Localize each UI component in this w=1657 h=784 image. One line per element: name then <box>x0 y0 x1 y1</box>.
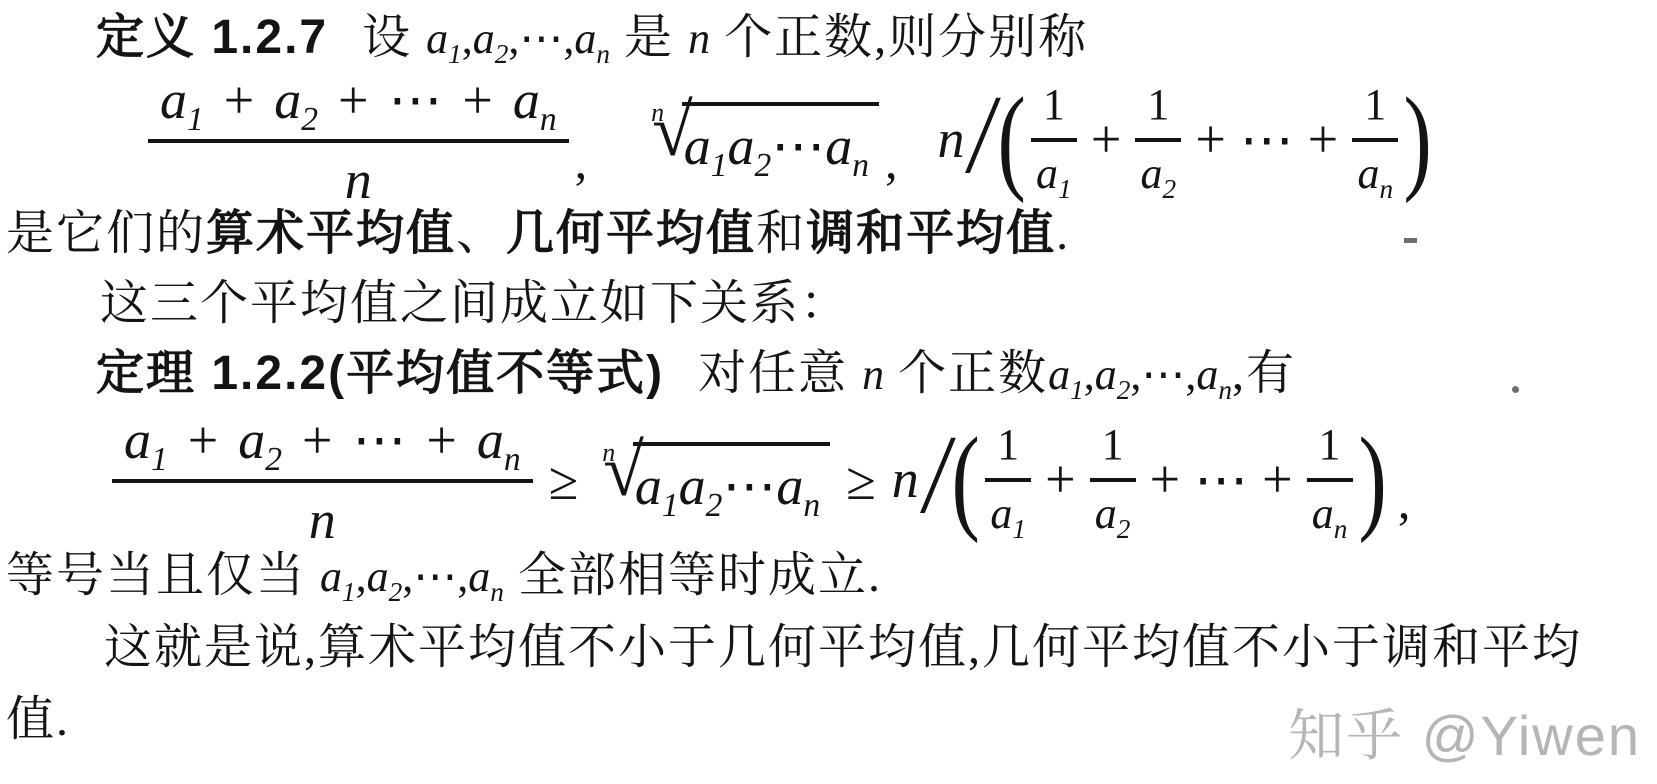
math-token: a <box>124 410 151 470</box>
math-token: a <box>825 116 852 176</box>
am-denominator: n <box>309 483 336 551</box>
harmonic-mean-expression: n / ( 1a1 + 1a2 + ⋯ + 1an ) <box>892 419 1392 539</box>
harmonic-mean-expression: n / ( 1a1 + 1a2 + ⋯ + 1an ) <box>937 79 1437 199</box>
math-token: a <box>320 552 342 601</box>
math-subscript: n <box>540 100 557 137</box>
math-token: , <box>356 552 367 601</box>
math-subscript: n <box>1334 514 1348 544</box>
plus-sign: + <box>1195 108 1225 170</box>
relation-intro-line: 这三个平均值之间成立如下关系： <box>100 276 850 331</box>
math-subscript: 1 <box>1058 174 1072 204</box>
math-token: a <box>679 456 706 516</box>
radicand: a1a2⋯an <box>682 102 879 177</box>
plus-sign: + <box>1091 108 1121 170</box>
equality-post-text: 全部相等时成立. <box>504 549 882 602</box>
math-token: a <box>1196 350 1218 399</box>
geometric-mean-root: n√a1a2⋯an <box>651 102 879 177</box>
period: . <box>1056 207 1070 260</box>
fraction-numerator: 1 <box>985 419 1031 482</box>
fraction-denominator: a2 <box>1095 482 1131 539</box>
math-token: a <box>473 14 495 63</box>
math-subscript: 1 <box>151 440 168 477</box>
textbook-page: 定义 1.2.7设 a1,a2,⋯,an 是 n 个正数,则分别称 a1+a2+… <box>0 0 1657 784</box>
math-sequence-a1-an: a1,a2,⋯,an <box>320 552 504 601</box>
math-token: , <box>1084 350 1095 399</box>
fraction-denominator: an <box>1357 142 1393 199</box>
math-subscript: 1 <box>711 146 728 183</box>
math-subscript: 1 <box>662 486 679 523</box>
math-token: a <box>990 489 1012 538</box>
conclusion-line-1: 这就是说,算术平均值不小于几何平均值,几何平均值不小于调和平均 <box>104 620 1582 675</box>
math-subscript: n <box>1218 375 1232 405</box>
arithmetic-mean-term: 算术平均值 <box>206 207 456 260</box>
math-token: , <box>462 14 473 63</box>
math-token: a <box>574 14 596 63</box>
fraction-numerator: 1 <box>1307 419 1353 482</box>
reciprocal-fraction: 1an <box>1307 419 1353 539</box>
big-slash: / <box>970 79 995 191</box>
math-token: , <box>508 14 519 63</box>
math-subscript: 1 <box>1012 514 1026 544</box>
math-token: a <box>1141 149 1163 198</box>
pause-mark: 、 <box>456 207 506 260</box>
root-index: n <box>602 438 615 468</box>
math-token: a <box>1095 350 1117 399</box>
definition-mid-text: 是 <box>610 11 688 64</box>
math-subscript: 1 <box>342 577 356 607</box>
definition-pre-text: 设 <box>362 11 426 64</box>
math-token: ⋯ <box>352 410 406 470</box>
math-n: n <box>688 14 710 63</box>
math-token: ⋯ <box>1240 108 1294 171</box>
math-token: , <box>457 552 468 601</box>
greater-equal-sign: ≥ <box>846 450 876 512</box>
three-means-formula: a1+a2+⋯+an n , n√a1a2⋯an , n / ( 1a1 + 1… <box>148 72 1438 206</box>
math-token: a <box>367 552 389 601</box>
plus-sign: + <box>426 410 456 470</box>
math-subscript: n <box>803 486 820 523</box>
reciprocal-fraction: 1a2 <box>1135 79 1181 199</box>
left-paren: ( <box>997 80 1025 198</box>
math-token: a <box>1095 489 1117 538</box>
math-subscript: n <box>596 39 610 69</box>
fraction-numerator: 1 <box>1352 79 1398 142</box>
math-token: ⋯ <box>771 116 825 176</box>
math-n: n <box>862 350 884 399</box>
fraction-denominator: a1 <box>1036 142 1072 199</box>
math-subscript: 2 <box>1117 514 1131 544</box>
am-numerator: a1+a2+⋯+an <box>148 68 569 143</box>
math-token: ⋯ <box>413 552 457 601</box>
geometric-mean-term: 几何平均值 <box>506 207 756 260</box>
mean-inequality-formula: a1+a2+⋯+an n ≥ n√a1a2⋯an ≥ n / ( 1a1 + 1… <box>112 412 1410 546</box>
theorem-mid-text: 个正数 <box>884 347 1048 400</box>
arithmetic-mean-fraction: a1+a2+⋯+an n <box>112 408 533 551</box>
math-token: a <box>1048 350 1070 399</box>
means-pre-text: 是它们的 <box>6 207 206 260</box>
math-token: ⋯ <box>388 70 442 130</box>
math-subscript: 2 <box>1117 375 1131 405</box>
theorem-label: 定理 1.2.2(平均值不等式) <box>96 347 664 400</box>
math-token: , <box>1130 350 1141 399</box>
math-sequence-a1-an: a1,a2,⋯,an <box>1048 350 1232 399</box>
separator-comma: , <box>1398 472 1411 530</box>
theorem-line: 定理 1.2.2(平均值不等式)对任意 n 个正数a1,a2,⋯,an,有 <box>96 346 1296 401</box>
math-token: a <box>776 456 803 516</box>
right-paren: ) <box>1358 420 1386 538</box>
math-subscript: n <box>1379 174 1393 204</box>
math-subscript: 2 <box>265 440 282 477</box>
and-word: 和 <box>756 207 806 260</box>
big-slash: / <box>924 419 949 531</box>
plus-sign: + <box>302 410 332 470</box>
math-token: , <box>402 552 413 601</box>
math-token: ⋯ <box>722 456 776 516</box>
math-token: a <box>426 14 448 63</box>
math-token: a <box>468 552 490 601</box>
relation-intro-text: 这三个平均值之间成立如下关系： <box>100 277 850 330</box>
math-subscript: n <box>852 146 869 183</box>
reciprocal-fraction: 1a1 <box>985 419 1031 539</box>
theorem-pre-text: 对任意 <box>698 347 862 400</box>
math-subscript: n <box>504 440 521 477</box>
separator-comma: , <box>575 132 588 190</box>
math-token: ⋯ <box>1194 448 1248 511</box>
scan-artifact-dash <box>1404 238 1417 243</box>
math-token: a <box>274 70 301 130</box>
math-token: a <box>1036 149 1058 198</box>
math-subscript: 2 <box>1163 174 1177 204</box>
math-subscript: 1 <box>187 100 204 137</box>
math-subscript: 2 <box>754 146 771 183</box>
math-token: , <box>563 14 574 63</box>
plus-sign: + <box>338 70 368 130</box>
math-token: a <box>477 410 504 470</box>
equality-condition-line: 等号当且仅当 a1,a2,⋯,an 全部相等时成立. <box>6 548 882 603</box>
plus-sign: + <box>224 70 254 130</box>
math-sequence-a1-an: a1,a2,⋯,an <box>426 14 610 63</box>
plus-sign: + <box>1262 448 1292 510</box>
plus-sign: + <box>462 70 492 130</box>
reciprocal-fraction: 1an <box>1352 79 1398 199</box>
reciprocal-fraction: 1a1 <box>1031 79 1077 199</box>
fraction-numerator: 1 <box>1135 79 1181 142</box>
root-index: n <box>651 98 664 128</box>
conclusion-text-2: 值. <box>6 693 70 746</box>
math-subscript: 1 <box>448 39 462 69</box>
plus-sign: + <box>1308 108 1338 170</box>
harmonic-mean-term: 调和平均值 <box>806 207 1056 260</box>
radicand: a1a2⋯an <box>633 442 830 517</box>
definition-line: 定义 1.2.7设 a1,a2,⋯,an 是 n 个正数,则分别称 <box>96 10 1088 65</box>
fraction-numerator: 1 <box>1090 419 1136 482</box>
math-subscript: 2 <box>495 39 509 69</box>
am-denominator: n <box>345 143 372 211</box>
math-token: a <box>1312 489 1334 538</box>
math-subscript: 2 <box>389 577 403 607</box>
math-token: a <box>1357 149 1379 198</box>
separator-comma: , <box>885 132 898 190</box>
math-subscript: 2 <box>706 486 723 523</box>
conclusion-text-1: 这就是说,算术平均值不小于几何平均值,几何平均值不小于调和平均 <box>104 621 1582 674</box>
right-paren: ) <box>1404 80 1432 198</box>
math-token: ⋯ <box>519 14 563 63</box>
zhihu-watermark: 知乎 @Yiwen <box>1288 692 1641 772</box>
theorem-post-text: ,有 <box>1232 347 1296 400</box>
math-n: n <box>892 448 919 510</box>
plus-sign: + <box>1045 448 1075 510</box>
math-token: a <box>238 410 265 470</box>
means-names-line: 是它们的算术平均值、几何平均值和调和平均值. <box>6 206 1070 261</box>
fraction-denominator: a1 <box>990 482 1026 539</box>
math-subscript: 2 <box>301 100 318 137</box>
math-subscript: n <box>490 577 504 607</box>
greater-equal-sign: ≥ <box>549 450 579 512</box>
math-token: a <box>727 116 754 176</box>
geometric-mean-root: n√a1a2⋯an <box>602 442 830 517</box>
plus-sign: + <box>1150 448 1180 510</box>
math-token: ⋯ <box>1141 350 1185 399</box>
am-numerator: a1+a2+⋯+an <box>112 408 533 483</box>
scan-artifact-dot <box>1512 386 1519 393</box>
fraction-numerator: 1 <box>1031 79 1077 142</box>
equality-pre-text: 等号当且仅当 <box>6 549 320 602</box>
reciprocal-fraction: 1a2 <box>1090 419 1136 539</box>
fraction-denominator: a2 <box>1141 142 1177 199</box>
conclusion-line-2: 值. <box>6 692 70 747</box>
math-token: , <box>1185 350 1196 399</box>
definition-post-text: 个正数,则分别称 <box>710 11 1088 64</box>
arithmetic-mean-fraction: a1+a2+⋯+an n <box>148 68 569 211</box>
left-paren: ( <box>951 420 979 538</box>
math-token: a <box>513 70 540 130</box>
definition-label: 定义 1.2.7 <box>96 11 328 64</box>
math-subscript: 1 <box>1070 375 1084 405</box>
plus-sign: + <box>188 410 218 470</box>
math-token: a <box>160 70 187 130</box>
math-n: n <box>937 108 964 170</box>
fraction-denominator: an <box>1312 482 1348 539</box>
